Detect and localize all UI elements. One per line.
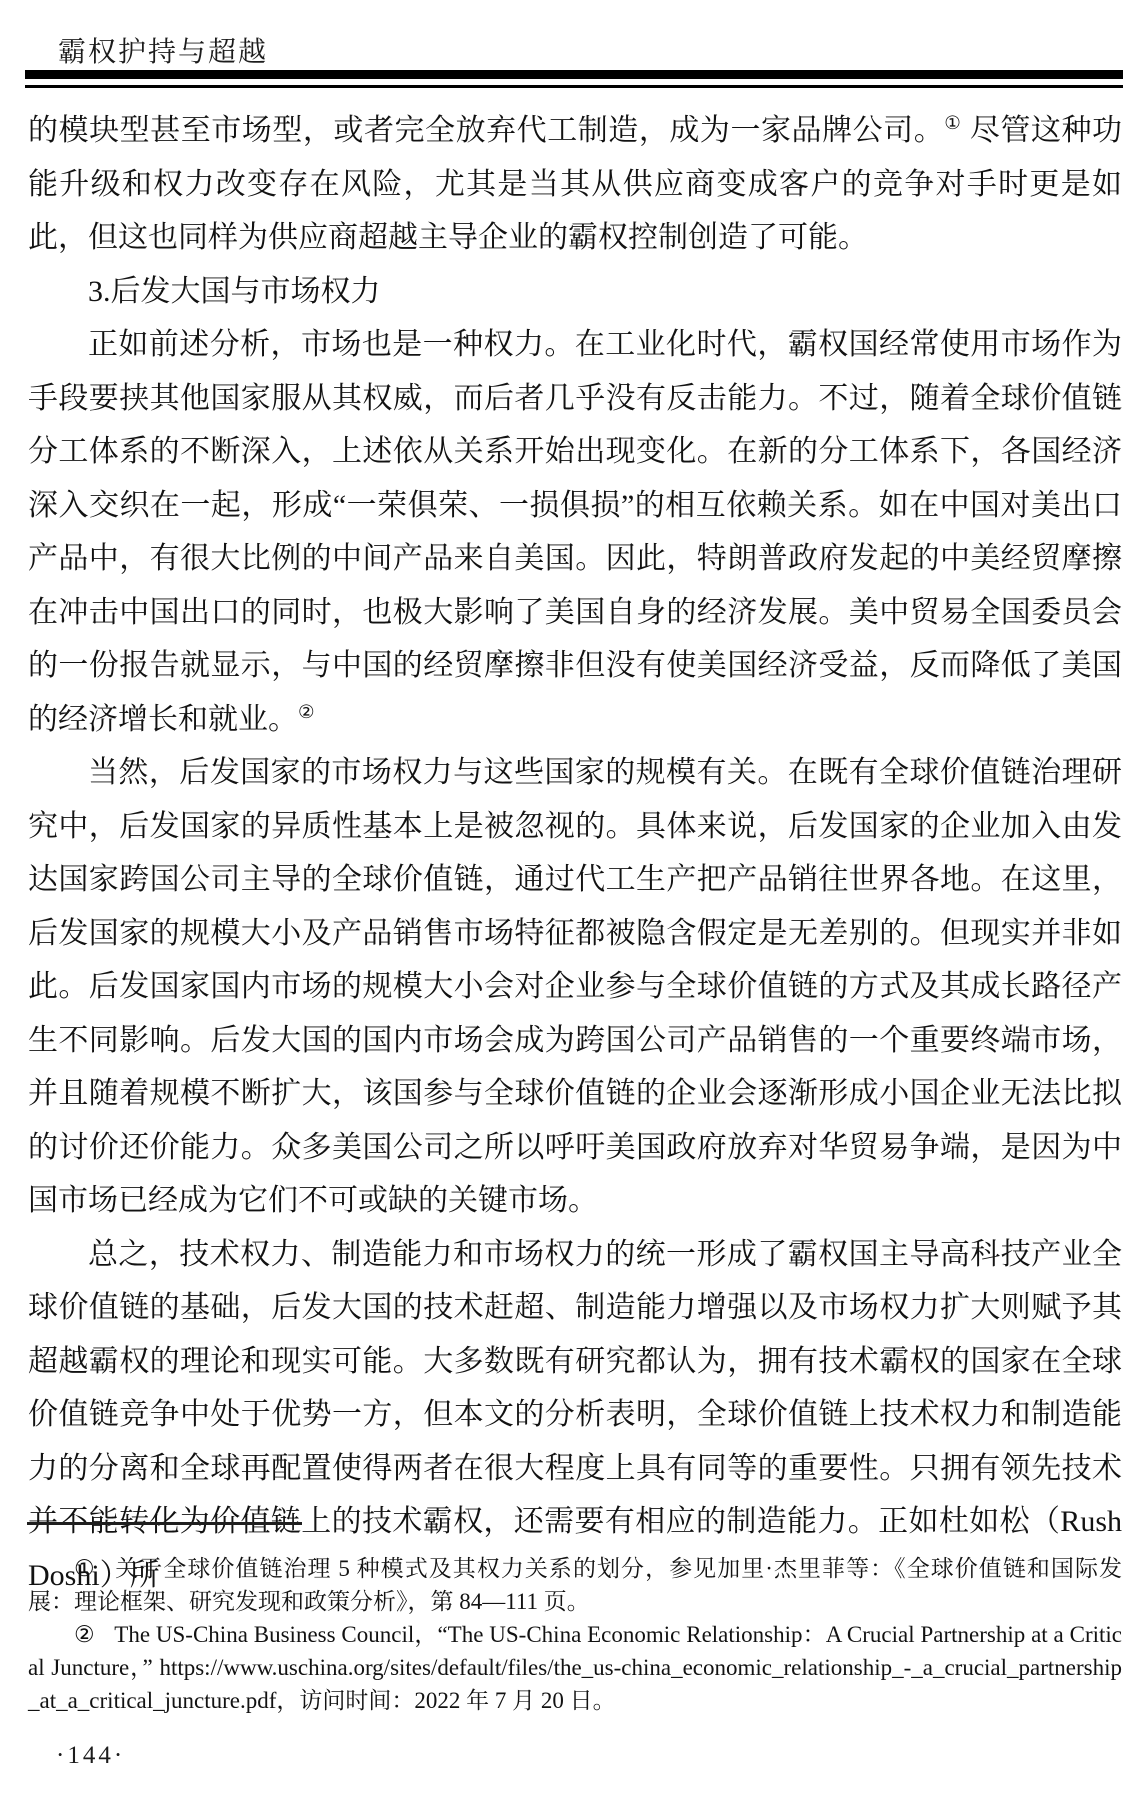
footnote-1-marker: ① (74, 1556, 96, 1581)
footnote-1: ①关于全球价值链治理 5 种模式及其权力关系的划分，参见加里·杰里菲等：《全球价… (28, 1552, 1122, 1618)
running-header-title: 霸权护持与超越 (58, 30, 268, 70)
paragraph-continuation: 的模块型甚至市场型，或者完全放弃代工制造，成为一家品牌公司。①尽管这种功能升级和… (28, 104, 1122, 265)
paragraph-text: 正如前述分析，市场也是一种权力。在工业化时代，霸权国经常使用市场作为手段要挟其他… (28, 328, 1122, 736)
footnote-2: ②The US-China Business Council，“The US-C… (28, 1618, 1122, 1717)
paragraph: 当然，后发国家的市场权力与这些国家的规模有关。在既有全球价值链治理研究中，后发国… (28, 746, 1122, 1228)
page-number: ·144· (56, 1742, 125, 1770)
section-heading: 3.后发大国与市场权力 (28, 265, 1122, 319)
header-rule-thin (25, 85, 1123, 88)
footnote-separator (27, 1522, 302, 1525)
header-rule-thick (25, 70, 1123, 79)
footnote-2-text: The US-China Business Council，“The US-Ch… (28, 1622, 1122, 1713)
paragraph: 总之，技术权力、制造能力和市场权力的统一形成了霸权国主导高科技产业全球价值链的基… (28, 1228, 1122, 1603)
paragraph-text: 的模块型甚至市场型，或者完全放弃代工制造，成为一家品牌公司。 (28, 114, 944, 147)
footnotes-block: ①关于全球价值链治理 5 种模式及其权力关系的划分，参见加里·杰里菲等：《全球价… (28, 1552, 1122, 1717)
footnote-2-marker: ② (74, 1622, 95, 1647)
body-text: 的模块型甚至市场型，或者完全放弃代工制造，成为一家品牌公司。①尽管这种功能升级和… (28, 104, 1122, 1602)
footnote-ref-2: ② (298, 702, 315, 723)
paragraph: 正如前述分析，市场也是一种权力。在工业化时代，霸权国经常使用市场作为手段要挟其他… (28, 318, 1122, 746)
footnote-1-text: 关于全球价值链治理 5 种模式及其权力关系的划分，参见加里·杰里菲等：《全球价值… (28, 1556, 1122, 1614)
document-page: 霸权护持与超越 的模块型甚至市场型，或者完全放弃代工制造，成为一家品牌公司。①尽… (0, 0, 1148, 1797)
footnote-ref-1: ① (944, 113, 961, 134)
